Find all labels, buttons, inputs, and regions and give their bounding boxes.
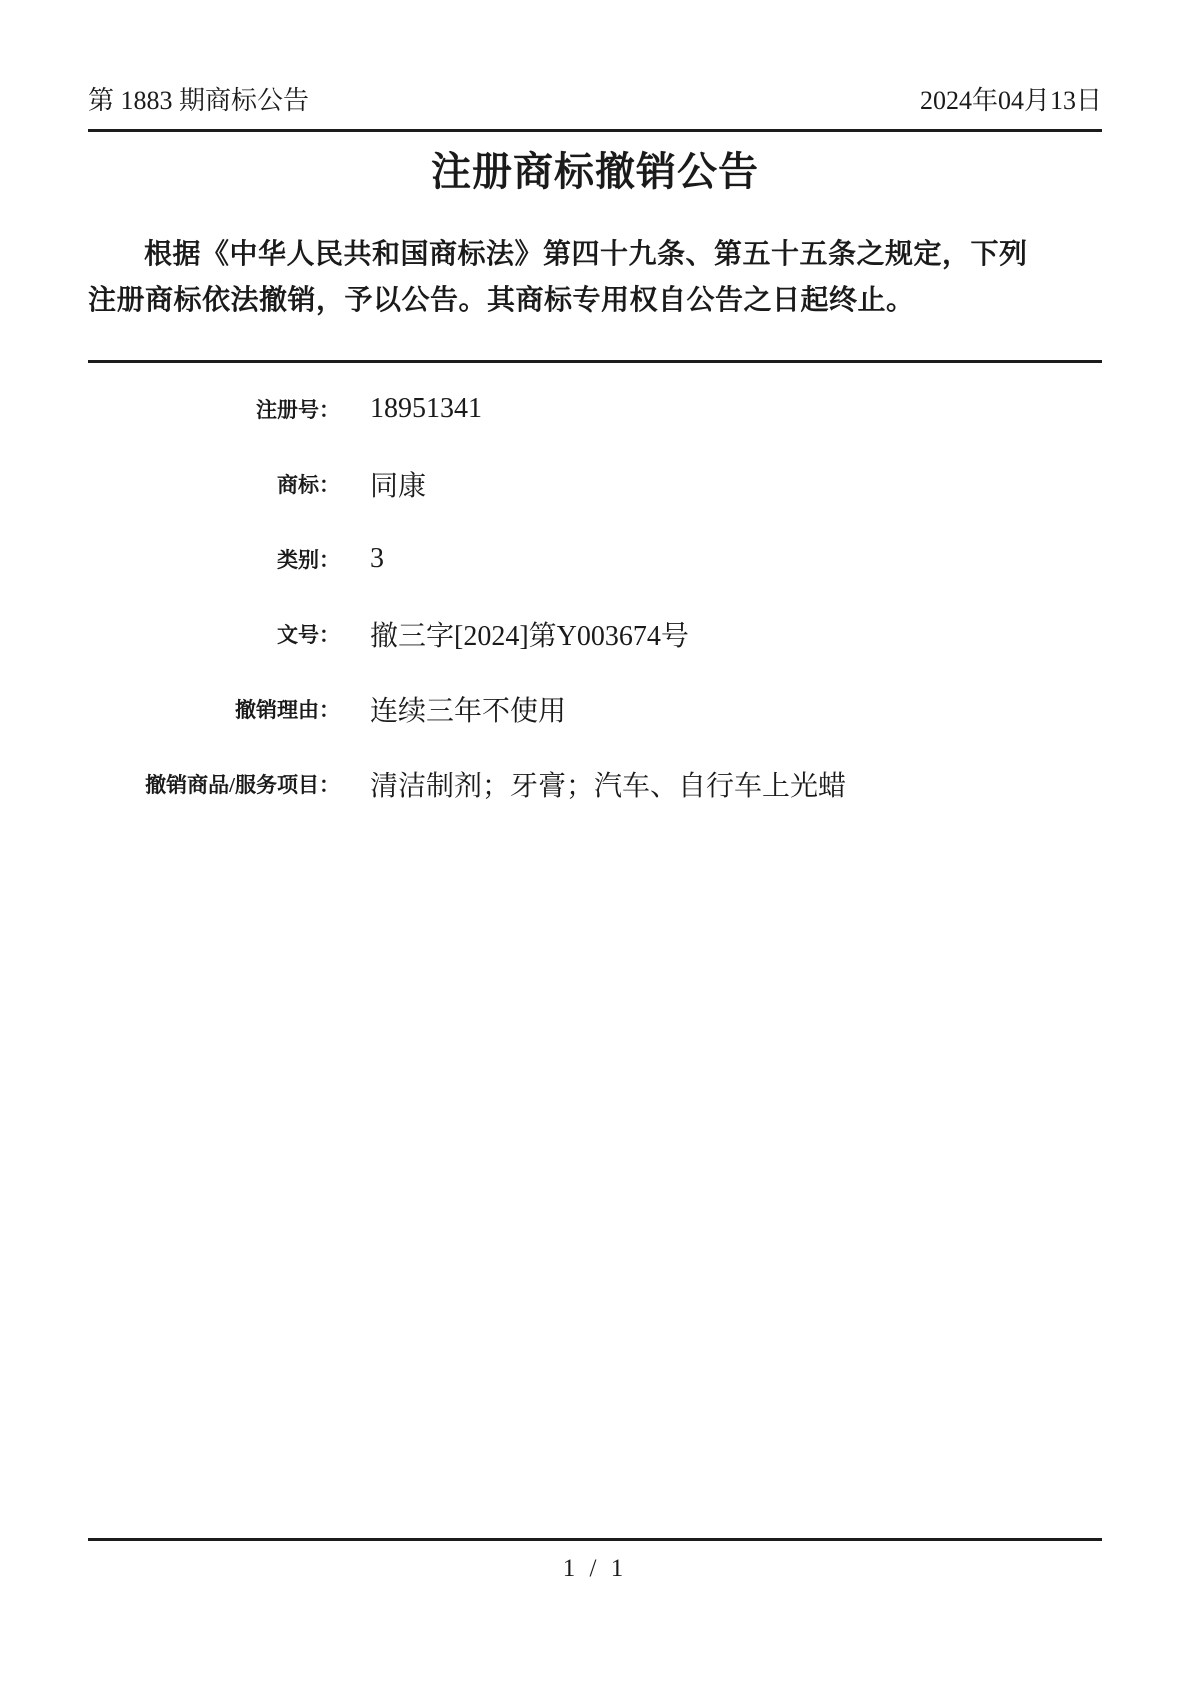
field-row-class: 类别： 3 [88, 521, 1102, 596]
intro-paragraph: 根据《中华人民共和国商标法》第四十九条、第五十五条之规定，下列 注册商标依法撤销… [88, 232, 1102, 324]
field-row-document-number: 文号： 撤三字[2024]第Y003674号 [88, 596, 1102, 671]
class-label: 类别： [88, 544, 340, 574]
intro-line-1: 根据《中华人民共和国商标法》第四十九条、第五十五条之规定，下列 [88, 232, 1102, 278]
page-number: 1 / 1 [88, 1555, 1102, 1583]
cancellation-reason-label: 撤销理由： [88, 694, 340, 724]
field-row-trademark: 商标： 同康 [88, 446, 1102, 521]
trademark-value: 同康 [370, 464, 426, 504]
gazette-date: 2024年04月13日 [920, 85, 1102, 116]
field-row-cancellation-reason: 撤销理由： 连续三年不使用 [88, 671, 1102, 746]
gazette-issue-label: 第 1883 期商标公告 [88, 85, 309, 116]
trademark-fields: 注册号： 18951341 商标： 同康 类别： 3 文号： 撤三字[2024]… [88, 371, 1102, 821]
trademark-label: 商标： [88, 469, 340, 499]
cancelled-goods-services-label: 撤销商品/服务项目： [88, 769, 340, 799]
registration-number-label: 注册号： [88, 394, 340, 424]
document-number-value: 撤三字[2024]第Y003674号 [370, 614, 689, 654]
field-row-cancelled-goods-services: 撤销商品/服务项目： 清洁制剂；牙膏；汽车、自行车上光蜡 [88, 746, 1102, 821]
class-value: 3 [370, 543, 384, 575]
intro-line-2: 注册商标依法撤销，予以公告。其商标专用权自公告之日起终止。 [88, 278, 1102, 324]
field-row-registration-number: 注册号： 18951341 [88, 371, 1102, 446]
cancelled-goods-services-value: 清洁制剂；牙膏；汽车、自行车上光蜡 [370, 764, 846, 804]
page-footer: 1 / 1 [88, 1538, 1102, 1583]
registration-number-value: 18951341 [370, 393, 482, 425]
document-number-label: 文号： [88, 619, 340, 649]
gazette-page: 第 1883 期商标公告 2024年04月13日 注册商标撤销公告 根据《中华人… [0, 0, 1190, 1684]
cancellation-reason-value: 连续三年不使用 [370, 689, 566, 729]
page-header: 第 1883 期商标公告 2024年04月13日 [88, 0, 1102, 132]
section-divider [88, 360, 1102, 363]
announcement-title: 注册商标撤销公告 [88, 148, 1102, 196]
